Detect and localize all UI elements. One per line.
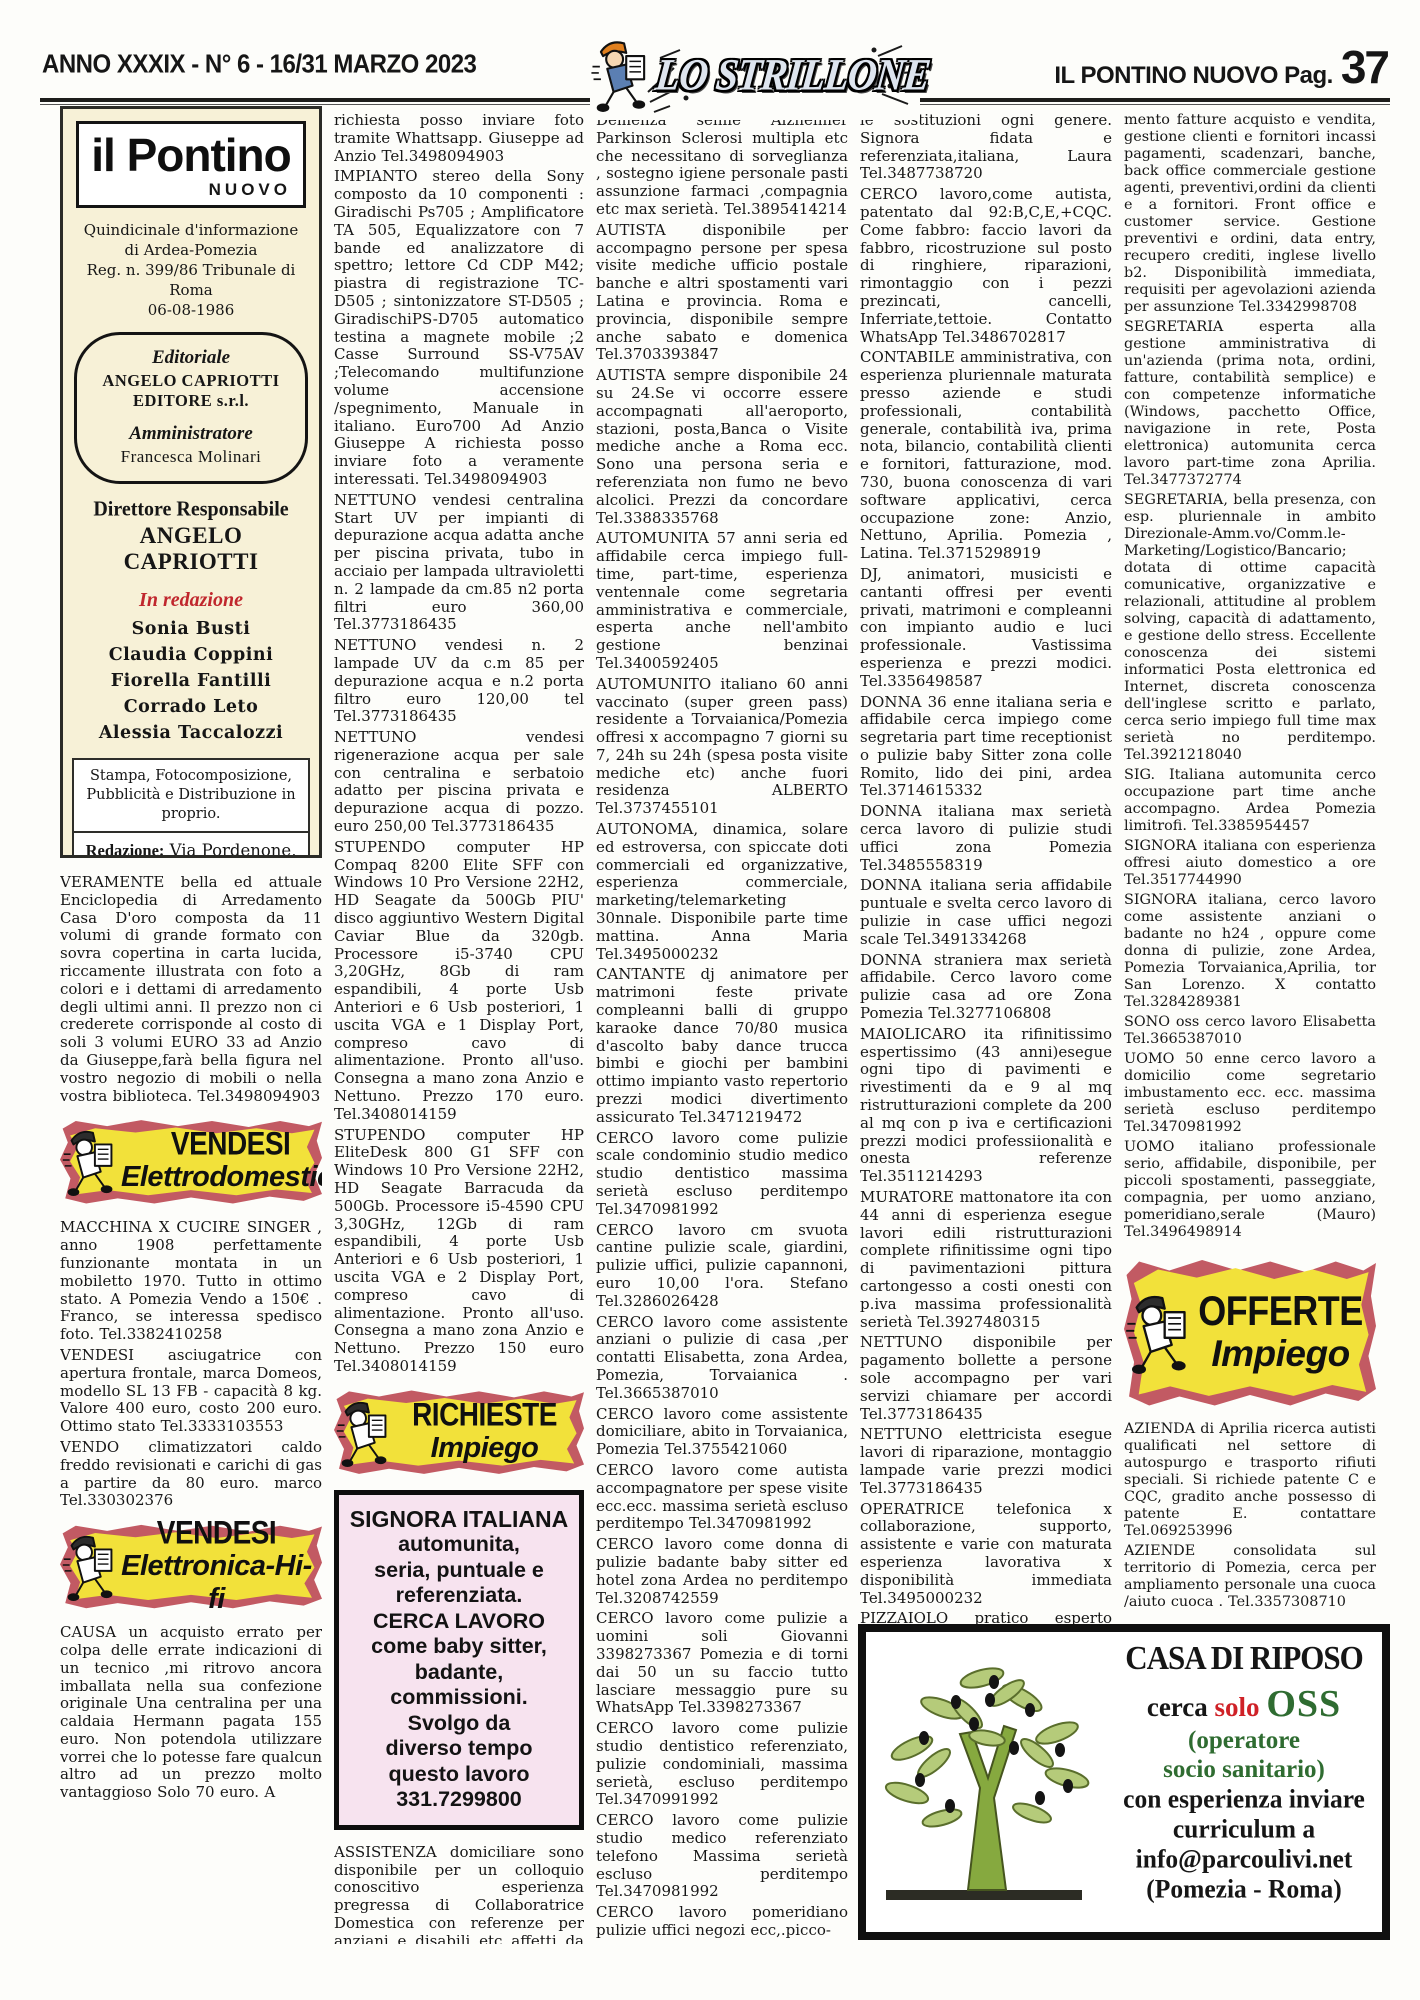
classified-ad: SEGRETARIA, bella presenza, con esp. plu… <box>1124 492 1376 764</box>
redazione-label: In redazione <box>72 589 310 612</box>
casa-operator-line: (operatore <box>1106 1726 1382 1755</box>
section-banner-offerte_impiego: OFFERTEImpiego <box>1124 1257 1376 1407</box>
classified-ad: UOMO italiano professionale serio, affid… <box>1124 1139 1376 1241</box>
classified-ad: PIZZAIOLO pratico esperto pizza alla pal… <box>860 1610 1112 1624</box>
lo-strillone-logo: LO STRILLONE <box>590 28 920 120</box>
casa-cerca: cerca <box>1147 1692 1208 1722</box>
classified-ad: AZIENDA di Aprilia ricerca autisti quali… <box>1124 1421 1376 1540</box>
boxed-ad-signora-italiana: SIGNORA ITALIANAautomunita,seria, puntua… <box>334 1490 584 1830</box>
classified-ad: STUPENDO computer HP EliteDesk 800 G1 SF… <box>334 1127 584 1376</box>
redazione-address: Redazione: Via Pordenone, 17 <box>78 839 304 858</box>
banner-line1: VENDESI <box>121 1514 312 1551</box>
newsboy-cartoon-icon <box>61 1530 121 1602</box>
redazione-name: Sonia Busti <box>72 616 310 642</box>
classified-ad: CANTANTE dj animatore per matrimoni fest… <box>596 966 848 1126</box>
banner-line1: VENDESI <box>121 1126 322 1163</box>
classified-ad: ASSISTENZA domiciliare sono disponibile … <box>334 1844 584 1944</box>
section-banner-vendesi_elettrodomestici: VENDESIElettrodomestici <box>60 1118 322 1204</box>
column-4: le sostituzioni ogni genere. Signora fid… <box>860 112 1112 1624</box>
banner-line2: Impiego <box>395 1432 574 1465</box>
classified-ad: CERCO lavoro come donna di pulizie badan… <box>596 1536 848 1607</box>
classified-ad: richiesta posso inviare foto tramite Wha… <box>334 112 584 165</box>
classified-ad: CAUSA un acquisto errato per colpa delle… <box>60 1624 322 1802</box>
masthead-info-line: Reg. n. 399/86 Tribunale di Roma <box>72 260 310 300</box>
banner-line1: RICHIESTE <box>395 1396 574 1433</box>
classified-ad: OPERATRICE telefonica x collaborazione, … <box>860 1501 1112 1608</box>
editorial-name: ANGELO CAPRIOTTI EDITORE s.r.l. <box>81 371 301 411</box>
newsboy-cartoon-icon <box>1125 1277 1195 1387</box>
boxed-ad-line: SIGNORA ITALIANA <box>343 1507 575 1533</box>
casa-solo: solo <box>1215 1692 1260 1722</box>
casa-location: (Pomezia - Roma) <box>1106 1873 1382 1905</box>
section-banner-vendesi_elettronica: VENDESIElettronica-Hi-fi <box>60 1523 322 1609</box>
classified-ad: mento fatture acquisto e vendita, gestio… <box>1124 112 1376 316</box>
boxed-ad-phone: 331.7299800 <box>343 1787 575 1813</box>
masthead-info-line: Quindicinale d'informazione <box>72 220 310 240</box>
classified-ad: AUTONOMA, dinamica, solare ed estroversa… <box>596 821 848 963</box>
redazione-block: In redazione Sonia Busti Claudia Coppini… <box>72 589 310 746</box>
casa-di-riposo-text: CASA DI RIPOSO cerca solo OSS (operatore… <box>1106 1632 1382 1932</box>
boxed-ad-line: commissioni. <box>343 1685 575 1711</box>
classified-ad: AUTOMUNITA 57 anni seria ed affidabile c… <box>596 530 848 672</box>
redazione-street: Via Pordenone, 17 <box>170 841 297 858</box>
redazione-name: Corrado Leto <box>72 694 310 720</box>
banner-line1: OFFERTE <box>1195 1286 1366 1334</box>
olive-tree-icon <box>872 1638 1100 1930</box>
director-label: Direttore Responsabile <box>72 497 310 521</box>
classified-ad: DONNA italiana seria affidabile puntuale… <box>860 877 1112 948</box>
editorial-box: Editoriale ANGELO CAPRIOTTI EDITORE s.r.… <box>74 332 308 484</box>
classified-ad: NETTUNO disponibile per pagamento bollet… <box>860 1334 1112 1423</box>
boxed-ad-line: CERCA LAVORO <box>343 1609 575 1635</box>
boxed-ad-line: come baby sitter, <box>343 1634 575 1660</box>
director-name: ANGELO CAPRIOTTI <box>72 523 310 575</box>
casa-line: curriculum a <box>1106 1813 1382 1845</box>
classified-ad: CONTABILE amministrativa, con esperienza… <box>860 349 1112 563</box>
banner-line2: Impiego <box>1195 1333 1366 1375</box>
classified-ad: SIGNORA italiana, cerco lavoro come assi… <box>1124 892 1376 1011</box>
classified-ad: DONNA italiana max serietà cerca lavoro … <box>860 803 1112 874</box>
classified-ad: SIGNORA italiana con esperienza offresi … <box>1124 838 1376 889</box>
classified-ad: NETTUNO vendesi centralina Start UV per … <box>334 492 584 634</box>
newsboy-cartoon-icon <box>590 35 654 113</box>
redazione-name: Fiorella Fantilli <box>72 668 310 694</box>
masthead-box: il Pontino NUOVO Quindicinale d'informaz… <box>60 106 322 858</box>
director-block: Direttore Responsabile ANGELO CAPRIOTTI <box>72 498 310 575</box>
classified-ad: SIG. Italiana automunita cerco occupazio… <box>1124 767 1376 835</box>
newsboy-cartoon-icon <box>61 1125 121 1197</box>
boxed-ad-line: badante, <box>343 1660 575 1686</box>
classified-ad: AUTISTA sempre disponibile 24 su 24.Se v… <box>596 367 848 527</box>
classified-ad: IMPIANTO stereo della Sony composto da 1… <box>334 168 584 488</box>
column-2: richiesta posso inviare foto tramite Wha… <box>334 112 584 1944</box>
logo-title: LO STRILLONE <box>653 48 932 101</box>
admin-name: Francesca Molinari <box>81 447 301 467</box>
admin-label: Amministratore <box>81 423 301 445</box>
banner-line2: Elettrodomestici <box>121 1161 322 1194</box>
classified-ad: SONO oss cerco lavoro Elisabetta Tel.366… <box>1124 1014 1376 1048</box>
classified-ad: VERAMENTE bella ed attuale Enciclopedia … <box>60 874 322 1105</box>
redazione-name: Alessia Taccalozzi <box>72 720 310 746</box>
column-5: mento fatture acquisto e vendita, gestio… <box>1124 112 1376 1624</box>
classified-ad: CERCO lavoro come pulizie a uomini soli … <box>596 1610 848 1717</box>
page-number: 37 <box>1341 40 1388 94</box>
olive-tree-illustration <box>866 1632 1106 1932</box>
issue-date-line: ANNO XXXIX - N° 6 - 16/31 MARZO 2023 <box>42 50 476 80</box>
classified-ad: STUPENDO computer HP Compaq 8200 Elite S… <box>334 839 584 1124</box>
boxed-ad-line: seria, puntuale e <box>343 1558 575 1584</box>
classified-ad: VENDESI asciugatrice con apertura fronta… <box>60 1347 322 1436</box>
stampa-text: Stampa, Fotocomposizione, Pubblicità e D… <box>74 760 308 833</box>
classified-ad: SEGRETARIA esperta alla gestione amminis… <box>1124 319 1376 489</box>
column-3: Demenza senile Alzheimer Parkinson Scler… <box>596 112 848 1944</box>
casa-email: info@parcoulivi.net <box>1106 1843 1382 1875</box>
boxed-ad-line: Svolgo da <box>343 1711 575 1737</box>
classified-ad: AUTOMUNITO italiano 60 anni vaccinato (s… <box>596 676 848 818</box>
masthead-title: il Pontino <box>87 132 295 178</box>
newsboy-cartoon-icon <box>335 1396 395 1468</box>
classified-ad: CERCO lavoro come assistente anziani o p… <box>596 1314 848 1403</box>
classified-ad: AUTISTA disponibile per accompagno perso… <box>596 222 848 364</box>
masthead-subtitle: NUOVO <box>87 180 295 200</box>
classified-ad: NETTUNO vendesi rigenerazione acqua per … <box>334 729 584 836</box>
casa-operator-line: socio sanitario) <box>1106 1755 1382 1784</box>
masthead-info: Quindicinale d'informazione di Ardea-Pom… <box>72 220 310 320</box>
classified-ad: CERCO lavoro come assistente domiciliare… <box>596 1406 848 1459</box>
casa-oss: OSS <box>1266 1683 1341 1725</box>
classified-ad: CERCO lavoro come pulizie studio dentist… <box>596 1720 848 1809</box>
editorial-label: Editoriale <box>81 347 301 369</box>
paper-name-page-number: IL PONTINO NUOVO Pag. 37 <box>1054 40 1388 94</box>
redazione-address-block: Redazione: Via Pordenone, 17 00071 Pomez… <box>74 833 308 858</box>
classified-ad: CERCO lavoro come pulizie studio medico … <box>596 1812 848 1901</box>
classified-ad: DONNA 36 enne italiana seria e affidabil… <box>860 694 1112 801</box>
masthead-info-line: 06-08-1986 <box>72 300 310 320</box>
casa-title: CASA DI RIPOSO <box>1106 1638 1382 1678</box>
boxed-ad-line: referenziata. <box>343 1583 575 1609</box>
boxed-ad-line: automunita, <box>343 1532 575 1558</box>
classified-ad: le sostituzioni ogni genere. Signora fid… <box>860 112 1112 183</box>
redazione-name: Claudia Coppini <box>72 642 310 668</box>
casa-cerca-line: cerca solo OSS <box>1106 1682 1382 1726</box>
masthead-info-line: di Ardea-Pomezia <box>72 240 310 260</box>
casa-di-riposo-ad: CASA DI RIPOSO cerca solo OSS (operatore… <box>858 1624 1390 1940</box>
section-banner-richieste_impiego: RICHIESTEImpiego <box>334 1389 584 1475</box>
casa-line: con esperienza inviare <box>1106 1783 1382 1815</box>
column-1: il Pontino NUOVO Quindicinale d'informaz… <box>60 106 322 1906</box>
classified-ad: CERCO lavoro come autista accompagnatore… <box>596 1462 848 1533</box>
boxed-ad-line: questo lavoro <box>343 1762 575 1788</box>
classified-ad: AZIENDE consolidata sul territorio di Po… <box>1124 1543 1376 1611</box>
paper-name: IL PONTINO NUOVO Pag. <box>1054 62 1332 90</box>
classified-ad: VENDO climatizzatori caldo freddo revisi… <box>60 1439 322 1510</box>
banner-line2: Elettronica-Hi-fi <box>121 1550 312 1616</box>
newspaper-page: ANNO XXXIX - N° 6 - 16/31 MARZO 2023 IL … <box>0 0 1420 2000</box>
stampa-box: Stampa, Fotocomposizione, Pubblicità e D… <box>72 758 310 858</box>
classified-ad: UOMO 50 enne cerco lavoro a domicilio co… <box>1124 1051 1376 1136</box>
classified-ad: DJ, animatori, musicisti e cantanti offr… <box>860 566 1112 691</box>
redazione-address-label: Redazione: <box>86 841 165 858</box>
classified-ad: CERCO lavoro cm svuota cantine pulizie s… <box>596 1222 848 1311</box>
classified-ad: CERCO lavoro come pulizie scale condomin… <box>596 1130 848 1219</box>
masthead-title-box: il Pontino NUOVO <box>76 121 306 208</box>
classified-ad: MAIOLICARO ita rifinitissimo espertissim… <box>860 1026 1112 1186</box>
classified-ad: MURATORE mattonatore ita con 44 anni di … <box>860 1189 1112 1331</box>
classified-ad: NETTUNO elettricista esegue lavori di ri… <box>860 1426 1112 1497</box>
classified-ad: DONNA straniera max serietà affidabile. … <box>860 952 1112 1023</box>
classified-ad: MACCHINA X CUCIRE SINGER , anno 1908 per… <box>60 1219 322 1344</box>
column-1-ads: VERAMENTE bella ed attuale Enciclopedia … <box>60 874 322 1802</box>
classified-ad: CERCO lavoro pomeridiano pulizie uffici … <box>596 1904 848 1940</box>
classified-ad: Demenza senile Alzheimer Parkinson Scler… <box>596 112 848 219</box>
boxed-ad-line: diverso tempo <box>343 1736 575 1762</box>
classified-ad: CERCO lavoro,come autista, patentato dal… <box>860 186 1112 346</box>
classified-ad: NETTUNO vendesi n. 2 lampade UV da c.m 8… <box>334 637 584 726</box>
